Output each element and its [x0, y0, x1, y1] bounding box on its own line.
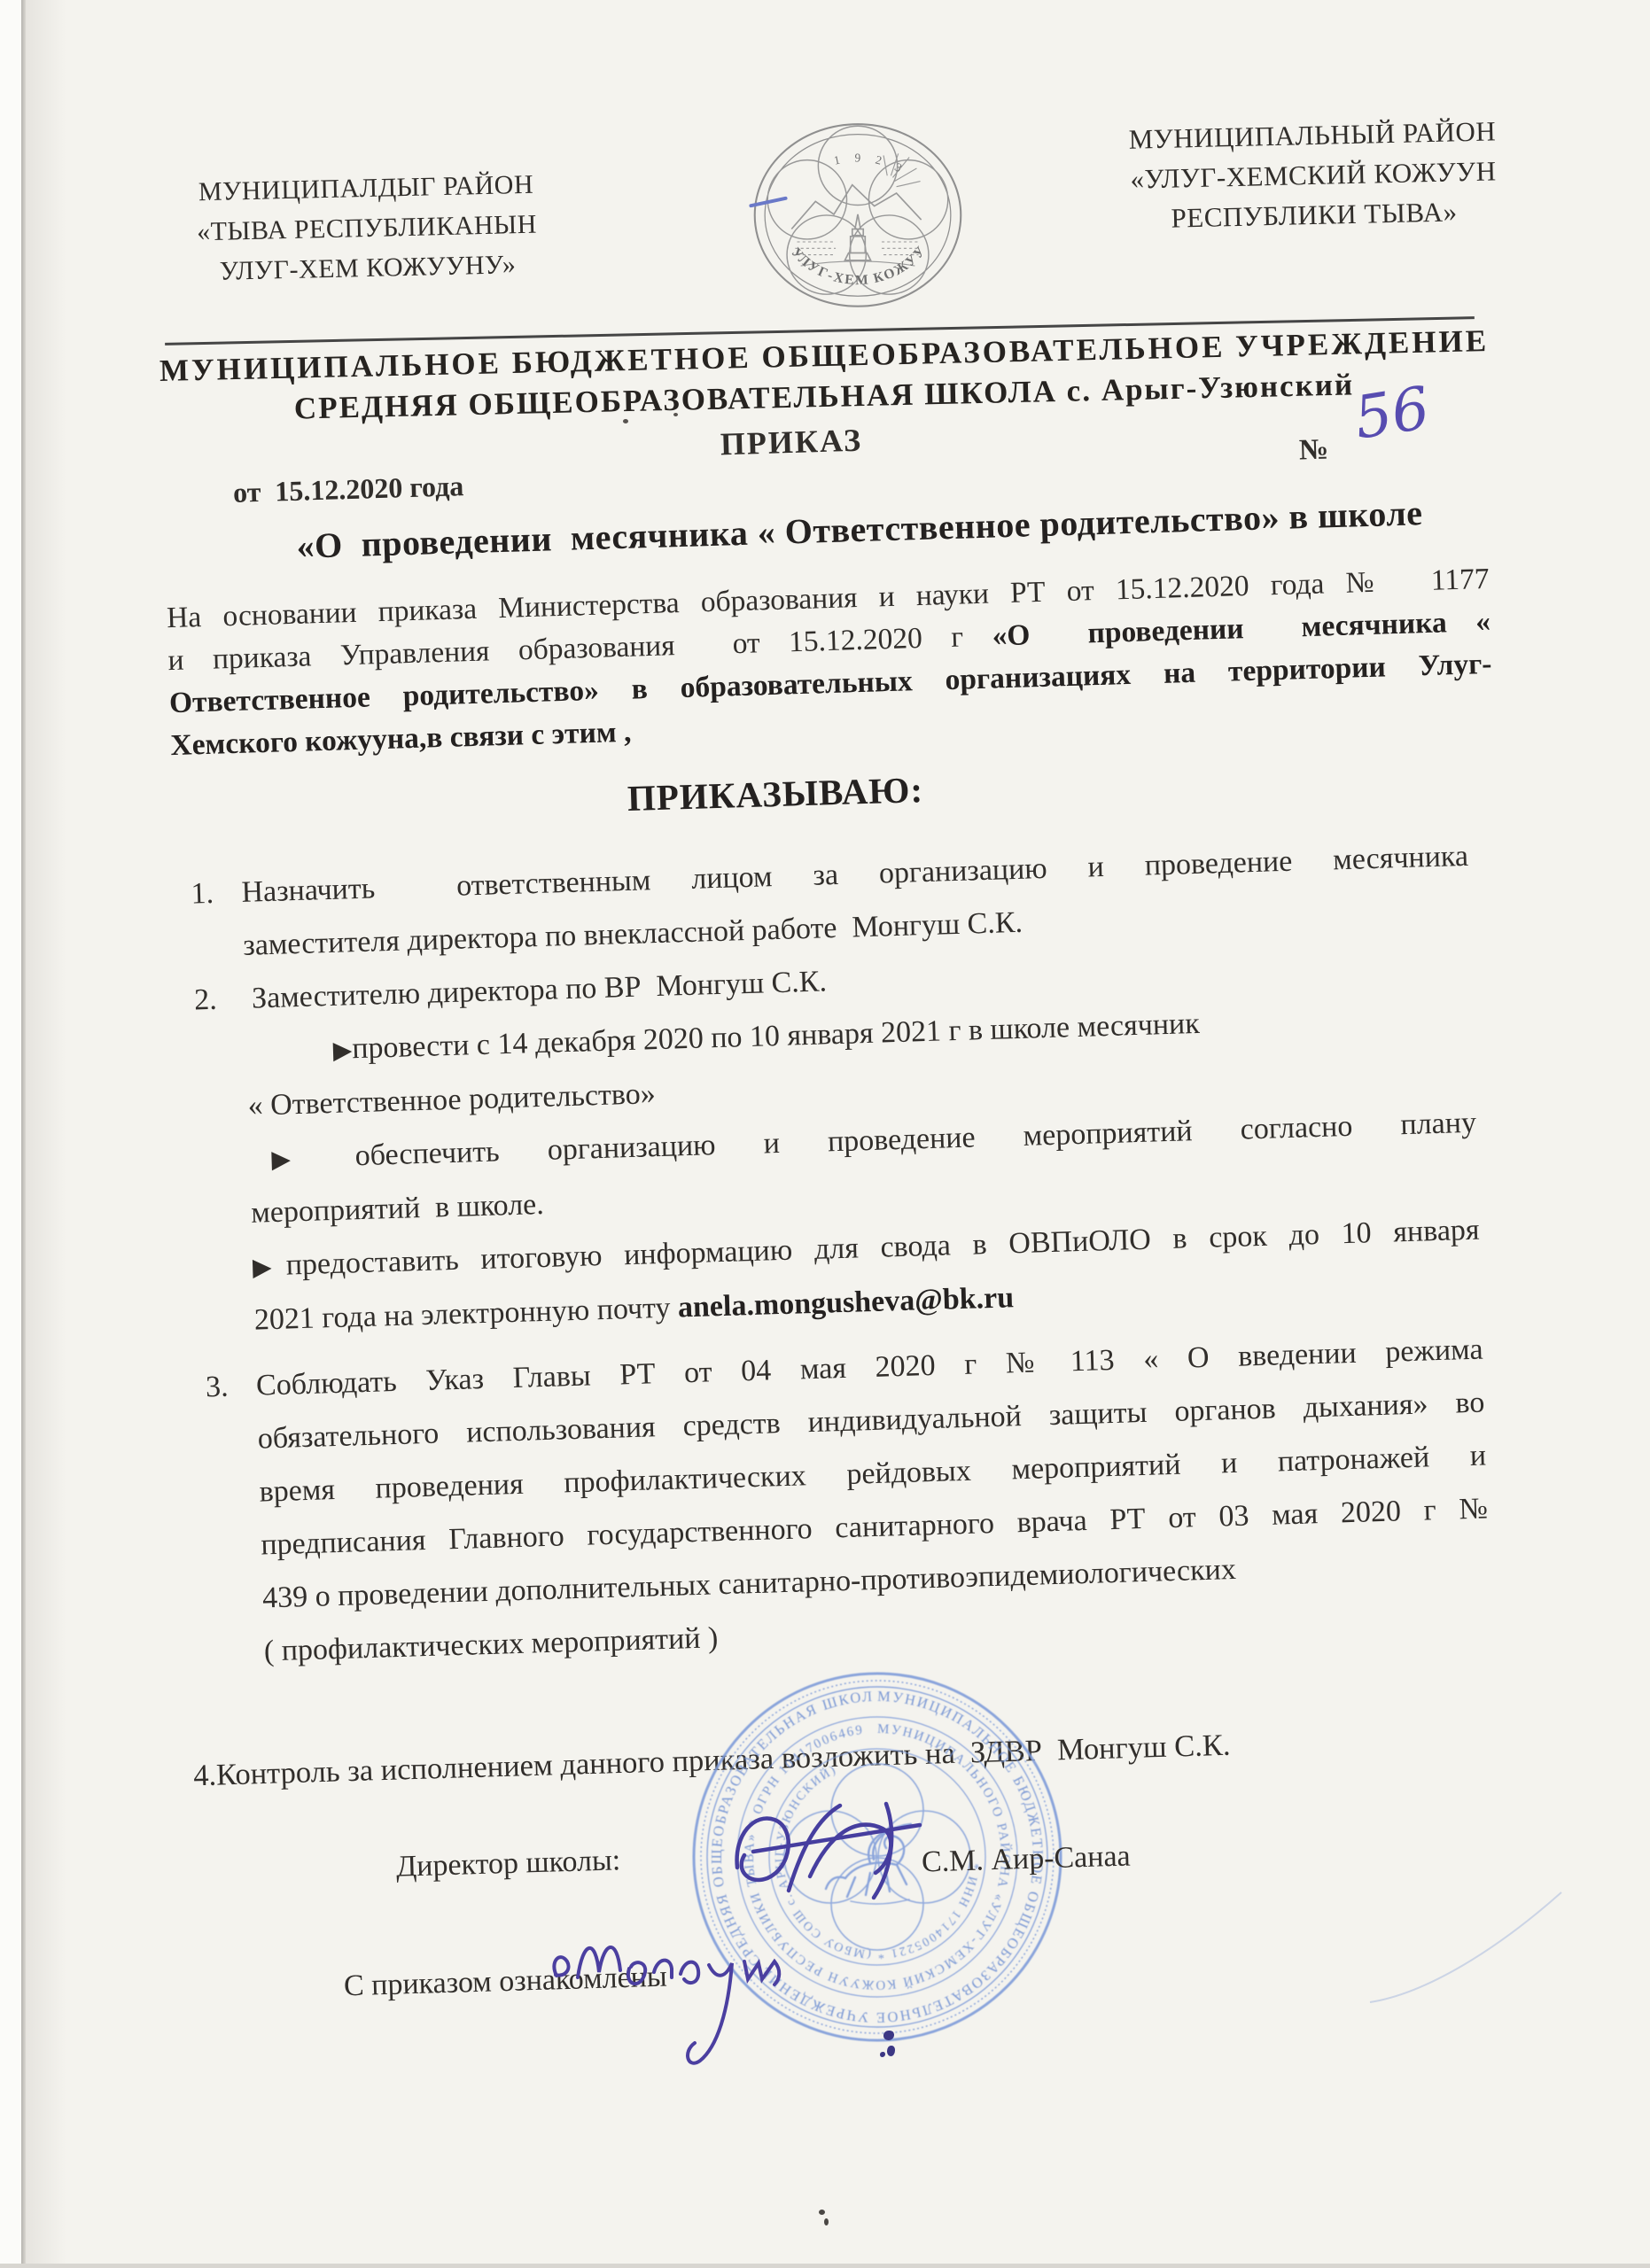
ink-blot — [887, 2046, 895, 2056]
scan-speck — [673, 413, 678, 416]
bottom-edge-shadow — [0, 2264, 1650, 2268]
faint-pen-curve — [1365, 1885, 1568, 2036]
scanner-bed-edge — [0, 0, 21, 2268]
district-emblem: 1 9 2 3 УЛУГ-ХЕМ КОЖУУН — [747, 120, 969, 314]
director-name: С.М. Аир-Санаа — [921, 1840, 1131, 1880]
order-date: от 15.12.2020 года — [233, 470, 464, 509]
item3-number: 3. — [205, 1361, 229, 1415]
order-number-value: 56 — [1350, 376, 1434, 453]
scan-speck — [623, 419, 628, 423]
scan-speck — [819, 2210, 825, 2215]
letterhead-right-org: МУНИЦИПАЛЬНЫЙ РАЙОН «УЛУГ-ХЕМСКИЙ КОЖУУН… — [1011, 108, 1616, 241]
acknowledged-signature — [542, 1905, 870, 2095]
emblem-left-label: УЛУГ-ХЕМ — [788, 245, 870, 289]
svg-text:УЛУГ-ХЕМ: УЛУГ-ХЕМ — [788, 245, 870, 289]
paper-edge-fade — [26, 0, 66, 2268]
command-word: ПРИКАЗЫВАЮ: — [115, 753, 1436, 835]
scanned-document-page: МУНИЦИПАЛДЫГ РАЙОН «ТЫВА РЕСПУБЛИКАНЫН У… — [0, 0, 1650, 2268]
order-number-label: № — [1298, 434, 1328, 468]
emblem-stupa — [844, 214, 870, 260]
order-number-handwritten: 56 — [1343, 376, 1459, 455]
order-items: 1. Назначить ответственным лицом за орга… — [191, 830, 1492, 1680]
letterhead-left-org: МУНИЦИПАЛДЫГ РАЙОН «ТЫВА РЕСПУБЛИКАНЫН У… — [148, 163, 587, 292]
triangle-bullet-icon: ▶ — [271, 1144, 307, 1174]
ink-blot — [880, 2052, 885, 2057]
item1-number: 1. — [191, 867, 214, 921]
director-label: Директор школы: — [395, 1844, 620, 1884]
triangle-bullet-icon: ▶ — [253, 1252, 287, 1282]
triangle-bullet-icon: ▶ — [332, 1035, 352, 1065]
bullet3-normal-text: 2021 года на электронную почту — [253, 1291, 678, 1336]
order-preamble: На основании приказа Министерства образо… — [166, 558, 1493, 767]
scan-speck — [824, 2218, 829, 2225]
item2-number: 2. — [193, 974, 217, 1028]
email-address: anela.mongusheva@bk.ru — [677, 1281, 1014, 1324]
bullet2-spacer — [307, 1139, 355, 1174]
